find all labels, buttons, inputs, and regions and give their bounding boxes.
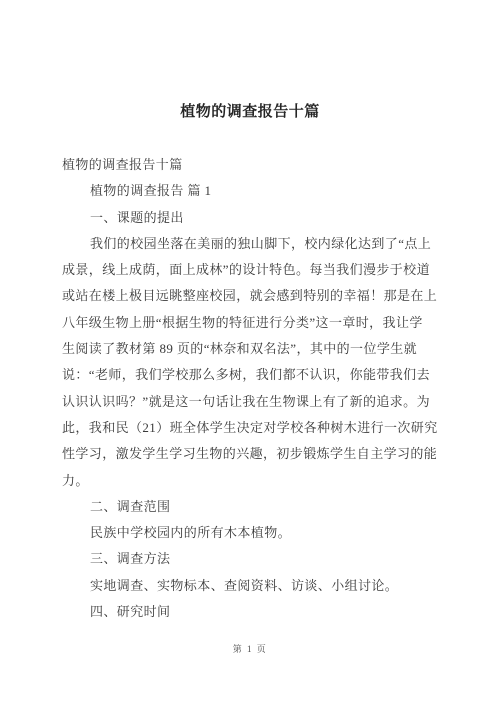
text-line: 植物的调查报告 篇 1 [62, 178, 442, 204]
text-line: 植物的调查报告十篇 [62, 152, 442, 178]
text-line: 生阅读了教材第 89 页的“林奈和双名法”，其中的一位学生就 [62, 336, 442, 362]
text-line: 认识认识吗？”就是这一句话让我在生物课上有了新的追求。为 [62, 389, 442, 415]
text-line: 力。 [62, 468, 442, 494]
document-title: 植物的调查报告十篇 [0, 99, 500, 125]
text-line: 八年级生物上册“根据生物的特征进行分类”这一章时，我让学 [62, 310, 442, 336]
text-line: 说：“老师，我们学校那么多树，我们都不认识，你能带我们去 [62, 362, 442, 388]
text-line: 民族中学校园内的所有木本植物。 [62, 520, 442, 546]
text-line: 性学习，激发学生学习生物的兴趣，初步锻炼学生自主学习的能 [62, 441, 442, 467]
page-number: 第 1 页 [0, 642, 500, 656]
text-line: 或站在楼上极目远眺整座校园，就会感到特别的幸福！那是在上 [62, 283, 442, 309]
text-line: 四、研究时间 [62, 599, 442, 625]
text-line: 一、课题的提出 [62, 205, 442, 231]
text-line: 三、调查方法 [62, 546, 442, 572]
text-line: 此，我和民（21）班全体学生决定对学校各种树木进行一次研究 [62, 415, 442, 441]
text-line: 实地调查、实物标本、查阅资料、访谈、小组讨论。 [62, 573, 442, 599]
text-line: 我们的校园坐落在美丽的独山脚下，校内绿化达到了“点上 [62, 231, 442, 257]
text-line: 成景，线上成荫，面上成林”的设计特色。每当我们漫步于校道 [62, 257, 442, 283]
document-page: 植物的调查报告十篇 植物的调查报告十篇植物的调查报告 篇 1一、课题的提出我们的… [0, 0, 500, 707]
document-body: 植物的调查报告十篇植物的调查报告 篇 1一、课题的提出我们的校园坐落在美丽的独山… [62, 152, 442, 625]
text-line: 二、调查范围 [62, 494, 442, 520]
